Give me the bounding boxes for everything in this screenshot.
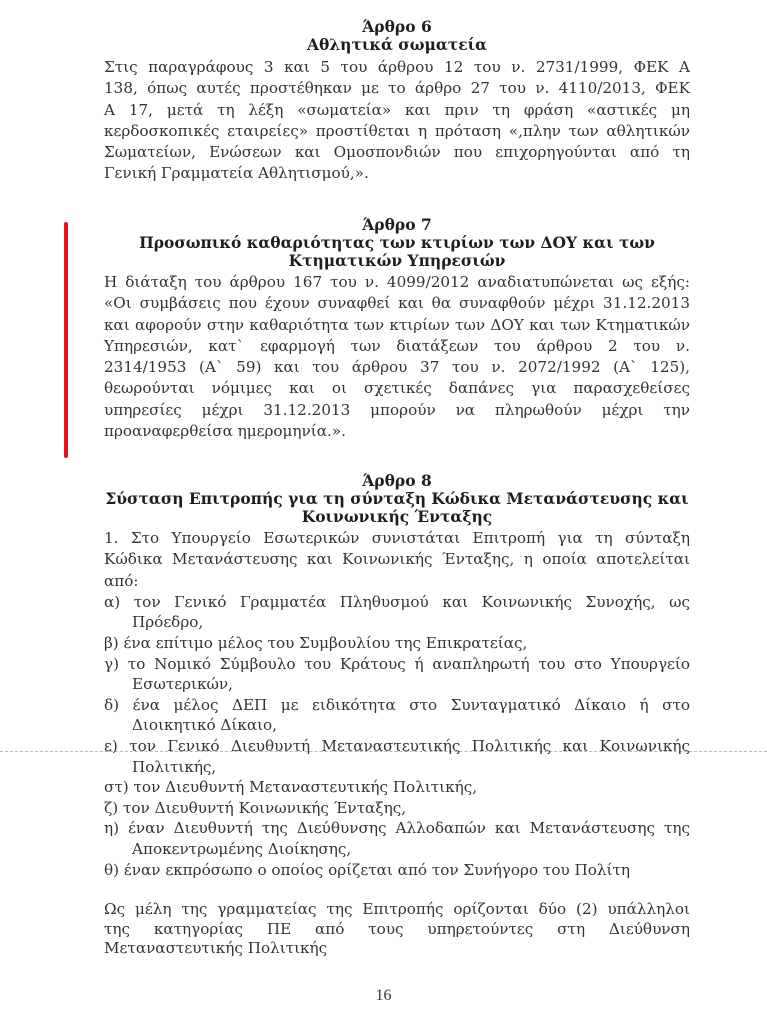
body-line: 2314/1953 (Α` 59) και του άρθρου 37 του … [104,357,690,378]
article-title: Αθλητικά σωματεία [104,36,690,54]
list-item: ζ) τον Διευθυντή Κοινωνικής Ένταξης, [104,798,690,819]
item-label: γ) [104,655,119,673]
item-continuation: Εσωτερικών, [104,674,690,695]
article-number: Άρθρο 7 [104,216,690,234]
article-6: Άρθρο 6 Αθλητικά σωματεία Στις παραγράφο… [104,18,690,185]
item-line: δ) ένα μέλος ΔΕΠ με ειδικότητα στο Συντα… [104,695,690,716]
item-line: στ) τον Διευθυντή Μεταναστευτικής Πολιτι… [104,777,690,798]
article-title: Κτηματικών Υπηρεσιών [104,252,690,270]
article-title: Προσωπικό καθαριότητας των κτιρίων των Δ… [104,234,690,252]
item-line: β) ένα επίτιμο μέλος του Συμβουλίου της … [104,633,690,654]
article-8: Άρθρο 8 Σύσταση Επιτροπής για τη σύνταξη… [104,472,690,959]
item-text: τον Διευθυντή Κοινωνικής Ένταξης, [123,799,406,817]
item-label: ε) [104,737,118,755]
list-item: η) έναν Διευθυντή της Διεύθυνσης Αλλοδαπ… [104,818,690,859]
body-line: θεωρούνται νόμιμες και οι σχετικές δαπάν… [104,378,690,399]
list-item: θ) έναν εκπρόσωπο ο οποίος ορίζεται από … [104,860,690,881]
item-continuation: Πολιτικής, [104,757,690,778]
item-continuation: Διοικητικό Δίκαιο, [104,715,690,736]
item-line: α) τον Γενικό Γραμματέα Πληθυσμού και Κο… [104,592,690,613]
body-line: Γενική Γραμματεία Αθλητισμού,». [104,163,690,184]
body-line: Σωματείων, Ενώσεων και Ομοσπονδιών που ε… [104,142,690,163]
body-line: υπηρεσίες μέχρι 31.12.2013 μπορούν να πλ… [104,400,690,421]
item-continuation: Πρόεδρο, [104,612,690,633]
article-7: Άρθρο 7 Προσωπικό καθαριότητας των κτιρί… [104,216,690,442]
page-number: 16 [0,987,767,1005]
article-number: Άρθρο 6 [104,18,690,36]
body-line: 138, όπως αυτές προστέθηκαν με το άρθρο … [104,78,690,99]
intro-line: 1. Στο Υπουργείο Εσωτερικών συνιστάται Ε… [104,528,690,549]
item-label: η) [104,819,119,837]
list-item: γ) το Νομικό Σύμβουλο του Κράτους ή αναπ… [104,654,690,695]
list-item: δ) ένα μέλος ΔΕΠ με ειδικότητα στο Συντα… [104,695,690,736]
item-label: β) [104,634,119,652]
item-line: ε) τον Γενικό Διευθυντή Μεταναστευτικής … [104,736,690,757]
item-label: δ) [104,696,119,714]
body-line: Η διάταξη του άρθρου 167 του ν. 4099/201… [104,272,690,293]
list-item: β) ένα επίτιμο μέλος του Συμβουλίου της … [104,633,690,654]
list-item: στ) τον Διευθυντή Μεταναστευτικής Πολιτι… [104,777,690,798]
member-list: α) τον Γενικό Γραμματέα Πληθυσμού και Κο… [104,592,690,880]
body-line: προαναφερθείσα ημερομηνία.». [104,421,690,442]
closing-line: Ως μέλη της γραμματείας της Επιτροπής ορ… [104,900,690,920]
margin-highlight-bar [64,222,68,458]
article-title: Σύσταση Επιτροπής για τη σύνταξη Κώδικα … [104,490,690,508]
item-label: α) [104,593,120,611]
item-label: στ) [104,778,129,796]
item-text: έναν εκπρόσωπο ο οποίος ορίζεται από τον… [124,861,630,879]
body-line: και αφορούν στην καθαριότητα των κτιρίων… [104,315,690,336]
intro-line: Κώδικα Μετανάστευσης και Κοινωνικής Έντα… [104,549,690,570]
article-title: Κοινωνικής Ένταξης [104,508,690,526]
item-label: θ) [104,861,119,879]
item-line: θ) έναν εκπρόσωπο ο οποίος ορίζεται από … [104,860,690,881]
body-line: Υπηρεσιών, κατ` εφαρμογή των διατάξεων τ… [104,336,690,357]
item-line: η) έναν Διευθυντή της Διεύθυνσης Αλλοδαπ… [104,818,690,839]
item-text: έναν Διευθυντή της Διεύθυνσης Αλλοδαπών … [128,819,690,837]
body-line: Α 17, μετά τη λέξη «σωματεία» και πριν τ… [104,100,690,121]
item-text: τον Γενικό Διευθυντή Μεταναστευτικής Πολ… [129,737,690,755]
item-text: τον Διευθυντή Μεταναστευτικής Πολιτικής, [134,778,478,796]
item-line: ζ) τον Διευθυντή Κοινωνικής Ένταξης, [104,798,690,819]
closing-line: Μεταναστευτικής Πολιτικής [104,939,690,959]
document-page: Άρθρο 6 Αθλητικά σωματεία Στις παραγράφο… [0,0,767,1024]
article-closing: Ως μέλη της γραμματείας της Επιτροπής ορ… [104,900,690,959]
item-text: ένα μέλος ΔΕΠ με ειδικότητα στο Συνταγμα… [133,696,690,714]
list-item: ε) τον Γενικό Διευθυντή Μεταναστευτικής … [104,736,690,777]
item-line: γ) το Νομικό Σύμβουλο του Κράτους ή αναπ… [104,654,690,675]
item-text: το Νομικό Σύμβουλο του Κράτους ή αναπληρ… [128,655,690,673]
body-line: Στις παραγράφους 3 και 5 του άρθρου 12 τ… [104,57,690,78]
body-line: «Οι συμβάσεις που έχουν συναφθεί και θα … [104,293,690,314]
closing-line: της κατηγορίας ΠΕ από τους υπηρετούντες … [104,920,690,940]
list-item: α) τον Γενικό Γραμματέα Πληθυσμού και Κο… [104,592,690,633]
article-body: Στις παραγράφους 3 και 5 του άρθρου 12 τ… [104,57,690,185]
article-number: Άρθρο 8 [104,472,690,490]
body-line: κερδοσκοπικές εταιρείες» προστίθεται η π… [104,121,690,142]
item-label: ζ) [104,799,118,817]
item-text: ένα επίτιμο μέλος του Συμβουλίου της Επι… [124,634,528,652]
item-continuation: Αποκεντρωμένης Διοίκησης, [104,839,690,860]
article-intro: 1. Στο Υπουργείο Εσωτερικών συνιστάται Ε… [104,528,690,592]
intro-line: από: [104,571,690,592]
item-text: τον Γενικό Γραμματέα Πληθυσμού και Κοινω… [134,593,690,611]
article-body: Η διάταξη του άρθρου 167 του ν. 4099/201… [104,272,690,442]
